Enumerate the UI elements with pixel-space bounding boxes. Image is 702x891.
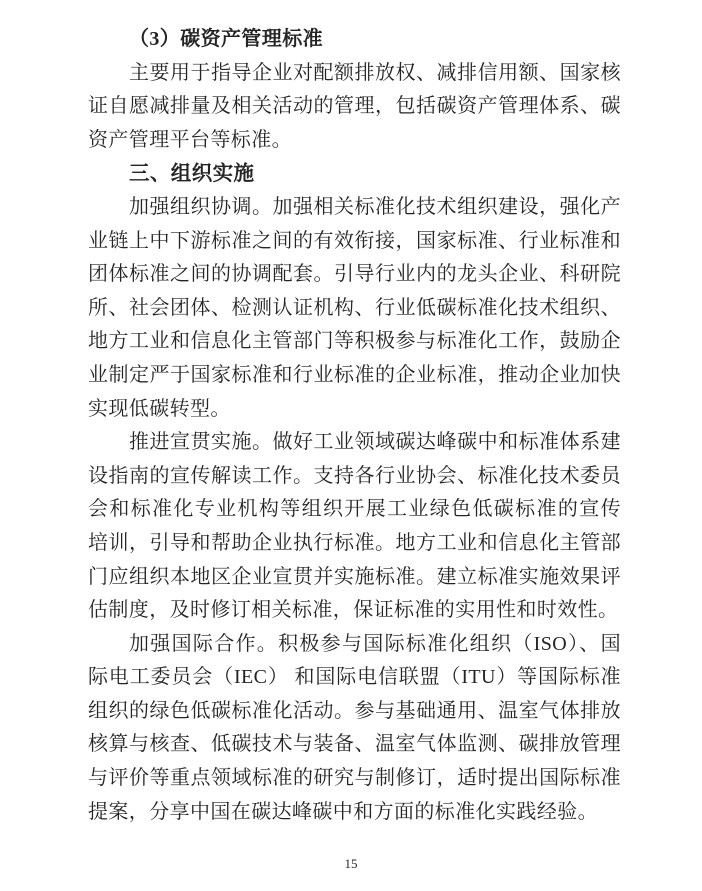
text-line: 资产管理平台等标准。 (88, 124, 621, 158)
text-line: 实现低碳转型。 (88, 393, 621, 427)
sub-heading: （3）碳资产管理标准 (88, 23, 621, 57)
text-line: 组织的绿色低碳标准化活动。参与基础通用、温室气体排放 (88, 695, 621, 729)
text-line: 加强国际合作。积极参与国际标准化组织（ISO）、国 (88, 628, 621, 662)
text-line: 主要用于指导企业对配额排放权、减排信用额、国家核 (88, 57, 621, 91)
text-line: 门应组织本地区企业宣贯并实施标准。建立标准实施效果评 (88, 561, 621, 595)
text-line: 团体标准之间的协调配套。引导行业内的龙头企业、科研院 (88, 258, 621, 292)
text-line: 与评价等重点领域标准的研究与制修订，适时提出国际标准 (88, 762, 621, 796)
text-line: 提案，分享中国在碳达峰碳中和方面的标准化实践经验。 (88, 796, 621, 830)
text-line: 业链上中下游标准之间的有效衔接，国家标准、行业标准和 (88, 225, 621, 259)
text-line: 培训，引导和帮助企业执行标准。地方工业和信息化主管部 (88, 527, 621, 561)
text-line: 业制定严于国家标准和行业标准的企业标准，推动企业加快 (88, 359, 621, 393)
text-line: 核算与核查、低碳技术与装备、温室气体监测、碳排放管理 (88, 728, 621, 762)
document-body: （3）碳资产管理标准主要用于指导企业对配额排放权、减排信用额、国家核证自愿减排量… (88, 23, 621, 829)
text-line: 估制度，及时修订相关标准，保证标准的实用性和时效性。 (88, 594, 621, 628)
text-line: 地方工业和信息化主管部门等积极参与标准化工作，鼓励企 (88, 325, 621, 359)
text-line: 会和标准化专业机构等组织开展工业绿色低碳标准的宣传 (88, 493, 621, 527)
text-line: 所、社会团体、检测认证机构、行业低碳标准化技术组织、 (88, 292, 621, 326)
text-line: 推进宣贯实施。做好工业领域碳达峰碳中和标准体系建 (88, 426, 621, 460)
document-page: { "page": { "background_color": "#ffffff… (0, 0, 702, 891)
text-line: 设指南的宣传解读工作。支持各行业协会、标准化技术委员 (88, 460, 621, 494)
section-heading: 三、组织实施 (88, 157, 621, 191)
text-line: 际电工委员会（IEC） 和国际电信联盟（ITU）等国际标准 (88, 661, 621, 695)
page-number: 15 (0, 856, 702, 872)
text-line: 加强组织协调。加强相关标准化技术组织建设，强化产 (88, 191, 621, 225)
text-line: 证自愿减排量及相关活动的管理，包括碳资产管理体系、碳 (88, 90, 621, 124)
